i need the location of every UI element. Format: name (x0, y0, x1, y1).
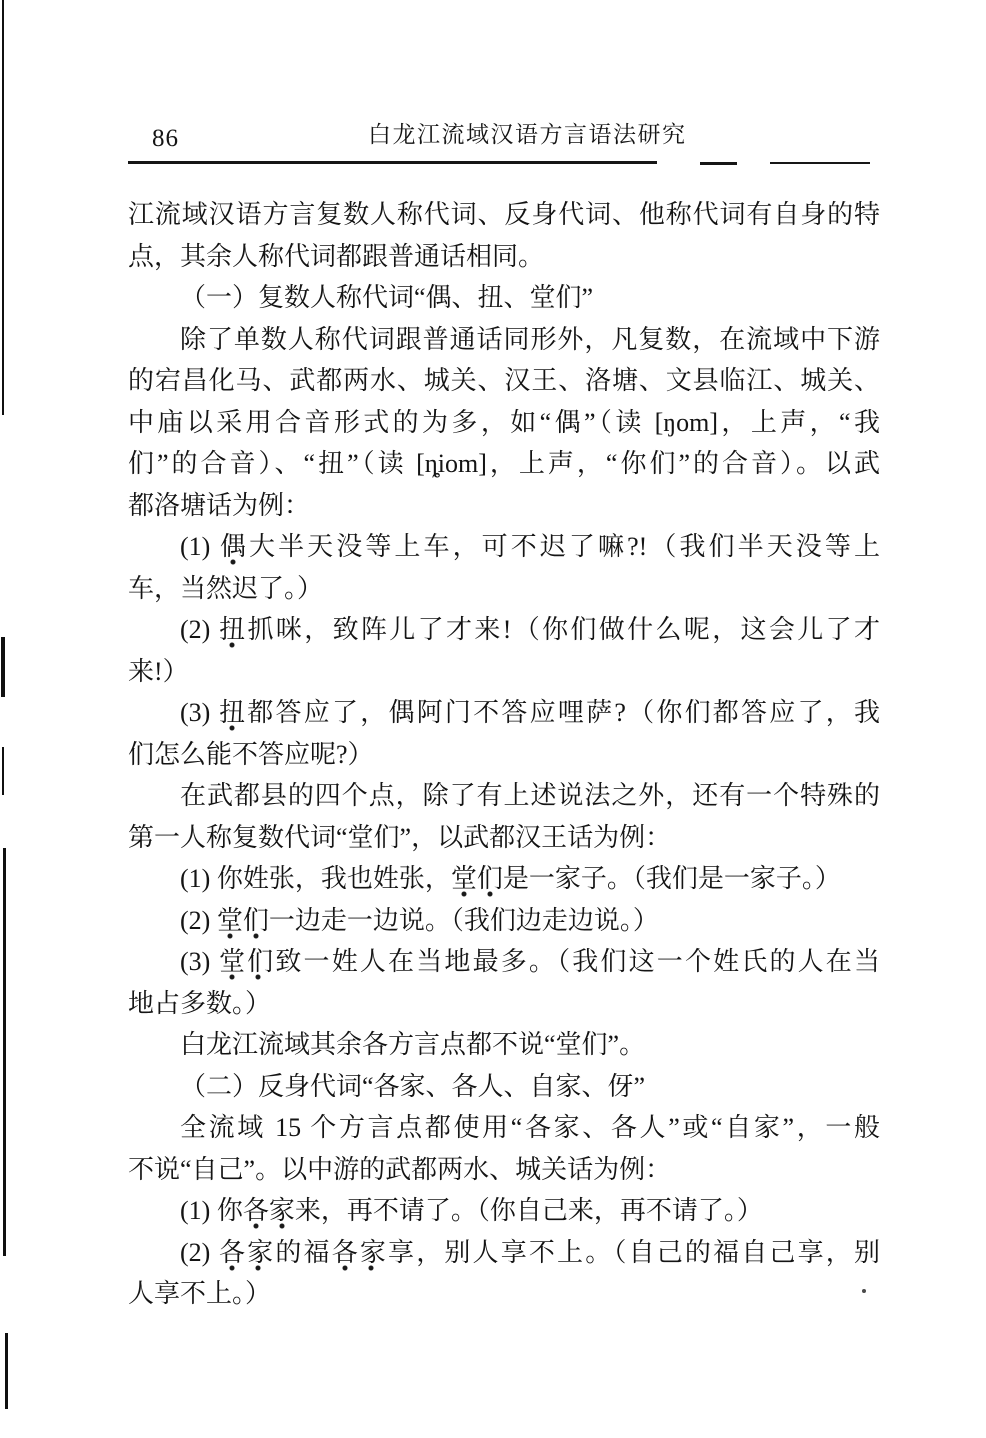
text-line: 江流域汉语方言复数人称代词、反身代词、他称代词有自身的特 (128, 194, 880, 236)
text-line: (3) 堂们致一姓人在当地最多。（我们这一个姓氏的人在当 (128, 941, 880, 983)
scan-edge-line (3, 848, 6, 1256)
text-line: 来!） (128, 651, 880, 693)
text-segment: 们”的合音）、“扭”（读 [ȵiom]，上声，“你们”的合音）。以武 (128, 449, 880, 478)
text-segment: (1) 你姓张，我也姓张， (180, 864, 451, 893)
text-segment: 来!） (128, 657, 189, 686)
text-line: 都洛塘话为例： (128, 485, 880, 527)
text-line: (2) 堂们一边走一边说。（我们边走边说。） (128, 900, 880, 942)
text-line: 除了单数人称代词跟普通话同形外，凡复数，在流域中下游 (128, 319, 880, 361)
emphasized-dialect-word: 扭 (219, 615, 247, 648)
text-segment: 一边走一边说。（我们边走边说。） (269, 906, 659, 935)
text-segment: (2) (180, 906, 217, 935)
text-segment: (2) (180, 1238, 219, 1267)
text-line: (3) 扭都答应了，偶阿门不答应哩萨?（你们都答应了，我 (128, 692, 880, 734)
text-segment: (3) (180, 947, 219, 976)
text-line: (1) 你姓张，我也姓张，堂们是一家子。（我们是一家子。） (128, 858, 880, 900)
running-head-title: 白龙江流域汉语方言语法研究 (368, 122, 687, 148)
text-segment: 中庙以采用合音形式的为多，如“偶”（读 [ŋom]，上声，“我 (128, 408, 880, 437)
text-segment: 车，当然迟了。） (128, 574, 323, 603)
text-line: 白龙江流域其余各方言点都不说“堂们”。 (128, 1024, 880, 1066)
text-line: 第一人称复数代词“堂们”，以武都汉王话为例： (128, 817, 880, 859)
text-line: (2) 各家的福各家享，别人享不上。（自己的福自己享，别 (128, 1232, 880, 1274)
text-segment: (1) (180, 532, 220, 561)
text-segment: 的福 (275, 1238, 331, 1267)
text-segment: 都答应了，偶阿门不答应哩萨?（你们都答应了，我 (247, 698, 880, 727)
text-line: 地占多数。） (128, 983, 880, 1025)
scanned-book-page: 86 白龙江流域汉语方言语法研究 江流域汉语方言复数人称代词、反身代词、他称代词… (0, 0, 986, 1438)
text-segment: 大半天没等上车，可不迟了嘛?!（我们半天没等上 (249, 532, 880, 561)
text-line: 在武都县的四个点，除了有上述说法之外，还有一个特殊的 (128, 775, 880, 817)
text-line: 中庙以采用合音形式的为多，如“偶”（读 [ŋom]，上声，“我 (128, 402, 880, 444)
scan-edge-line (1, 637, 5, 697)
text-line: 的宕昌化马、武都两水、城关、汉王、洛塘、文县临江、城关、 (128, 360, 880, 402)
emphasized-dialect-word: 堂们 (217, 906, 269, 939)
text-segment: 们怎么能不答应呢?） (128, 740, 374, 769)
emphasized-dialect-word: 偶 (220, 532, 249, 565)
text-segment: (1) 你 (180, 1196, 243, 1225)
text-segment: 点，其余人称代词都跟普通话相同。 (128, 242, 544, 271)
text-segment: 是一家子。（我们是一家子。） (503, 864, 841, 893)
emphasized-dialect-word: 堂们 (451, 864, 503, 897)
emphasized-dialect-word: 扭 (219, 698, 247, 731)
text-line: 们”的合音）、“扭”（读 [ȵiom]，上声，“你们”的合音）。以武 (128, 443, 880, 485)
header-rule (128, 161, 872, 165)
text-line: 们怎么能不答应呢?） (128, 734, 880, 776)
text-segment: 地占多数。） (128, 989, 271, 1018)
emphasized-dialect-word: 堂们 (219, 947, 275, 980)
scan-edge-line (2, 0, 4, 415)
text-line: (2) 扭抓咪，致阵儿了才来!（你们做什么呢，这会儿了才 (128, 609, 880, 651)
text-line: 车，当然迟了。） (128, 568, 880, 610)
text-line: 点，其余人称代词都跟普通话相同。 (128, 236, 880, 278)
text-segment: 享，别人享不上。（自己的福自己享，别 (388, 1238, 880, 1267)
text-line: （一）复数人称代词“偶、扭、堂们” (128, 277, 880, 319)
text-segment: 第一人称复数代词“堂们”，以武都汉王话为例： (128, 823, 671, 852)
text-segment: 江流域汉语方言复数人称代词、反身代词、他称代词有自身的特 (128, 200, 880, 229)
text-segment: 来，再不请了。（你自己来，再不请了。） (295, 1196, 763, 1225)
text-line: 全流域 15 个方言点都使用“各家、各人”或“自家”，一般 (128, 1107, 880, 1149)
text-segment: 人享不上。） (128, 1279, 271, 1308)
text-segment: 在武都县的四个点，除了有上述说法之外，还有一个特殊的 (180, 781, 880, 810)
text-segment: 致一姓人在当地最多。（我们这一个姓氏的人在当 (275, 947, 880, 976)
text-segment: 抓咪，致阵儿了才来!（你们做什么呢，这会儿了才 (248, 615, 880, 644)
text-segment: (2) (180, 615, 219, 644)
text-segment: （二）反身代词“各家、各人、自家、伢” (180, 1072, 645, 1101)
text-line: （二）反身代词“各家、各人、自家、伢” (128, 1066, 880, 1108)
text-segment: 白龙江流域其余各方言点都不说“堂们”。 (180, 1030, 645, 1059)
text-segment: 不说“自己”。以中游的武都两水、城关话为例： (128, 1155, 671, 1184)
text-segment: （一）复数人称代词“偶、扭、堂们” (180, 283, 593, 312)
text-segment: 都洛塘话为例： (128, 491, 310, 520)
scan-artifact-dot (862, 1289, 866, 1293)
page-body: 江流域汉语方言复数人称代词、反身代词、他称代词有自身的特点，其余人称代词都跟普通… (128, 194, 880, 1315)
emphasized-dialect-word: 各家 (332, 1238, 388, 1271)
text-line: 不说“自己”。以中游的武都两水、城关话为例： (128, 1149, 880, 1191)
emphasized-dialect-word: 各家 (219, 1238, 275, 1271)
scan-edge-line (5, 1333, 8, 1409)
emphasized-dialect-word: 各家 (243, 1196, 295, 1229)
text-line: (1) 偶大半天没等上车，可不迟了嘛?!（我们半天没等上 (128, 526, 880, 568)
text-line: (1) 你各家来，再不请了。（你自己来，再不请了。） (128, 1190, 880, 1232)
text-segment: 除了单数人称代词跟普通话同形外，凡复数，在流域中下游 (180, 325, 880, 354)
scan-edge-line (2, 747, 4, 795)
text-segment: (3) (180, 698, 219, 727)
text-segment: 的宕昌化马、武都两水、城关、汉王、洛塘、文县临江、城关、 (128, 366, 880, 395)
text-segment: 全流域 15 个方言点都使用“各家、各人”或“自家”，一般 (180, 1113, 880, 1142)
text-line: 人享不上。） (128, 1273, 880, 1315)
page-number: 86 (152, 126, 179, 152)
